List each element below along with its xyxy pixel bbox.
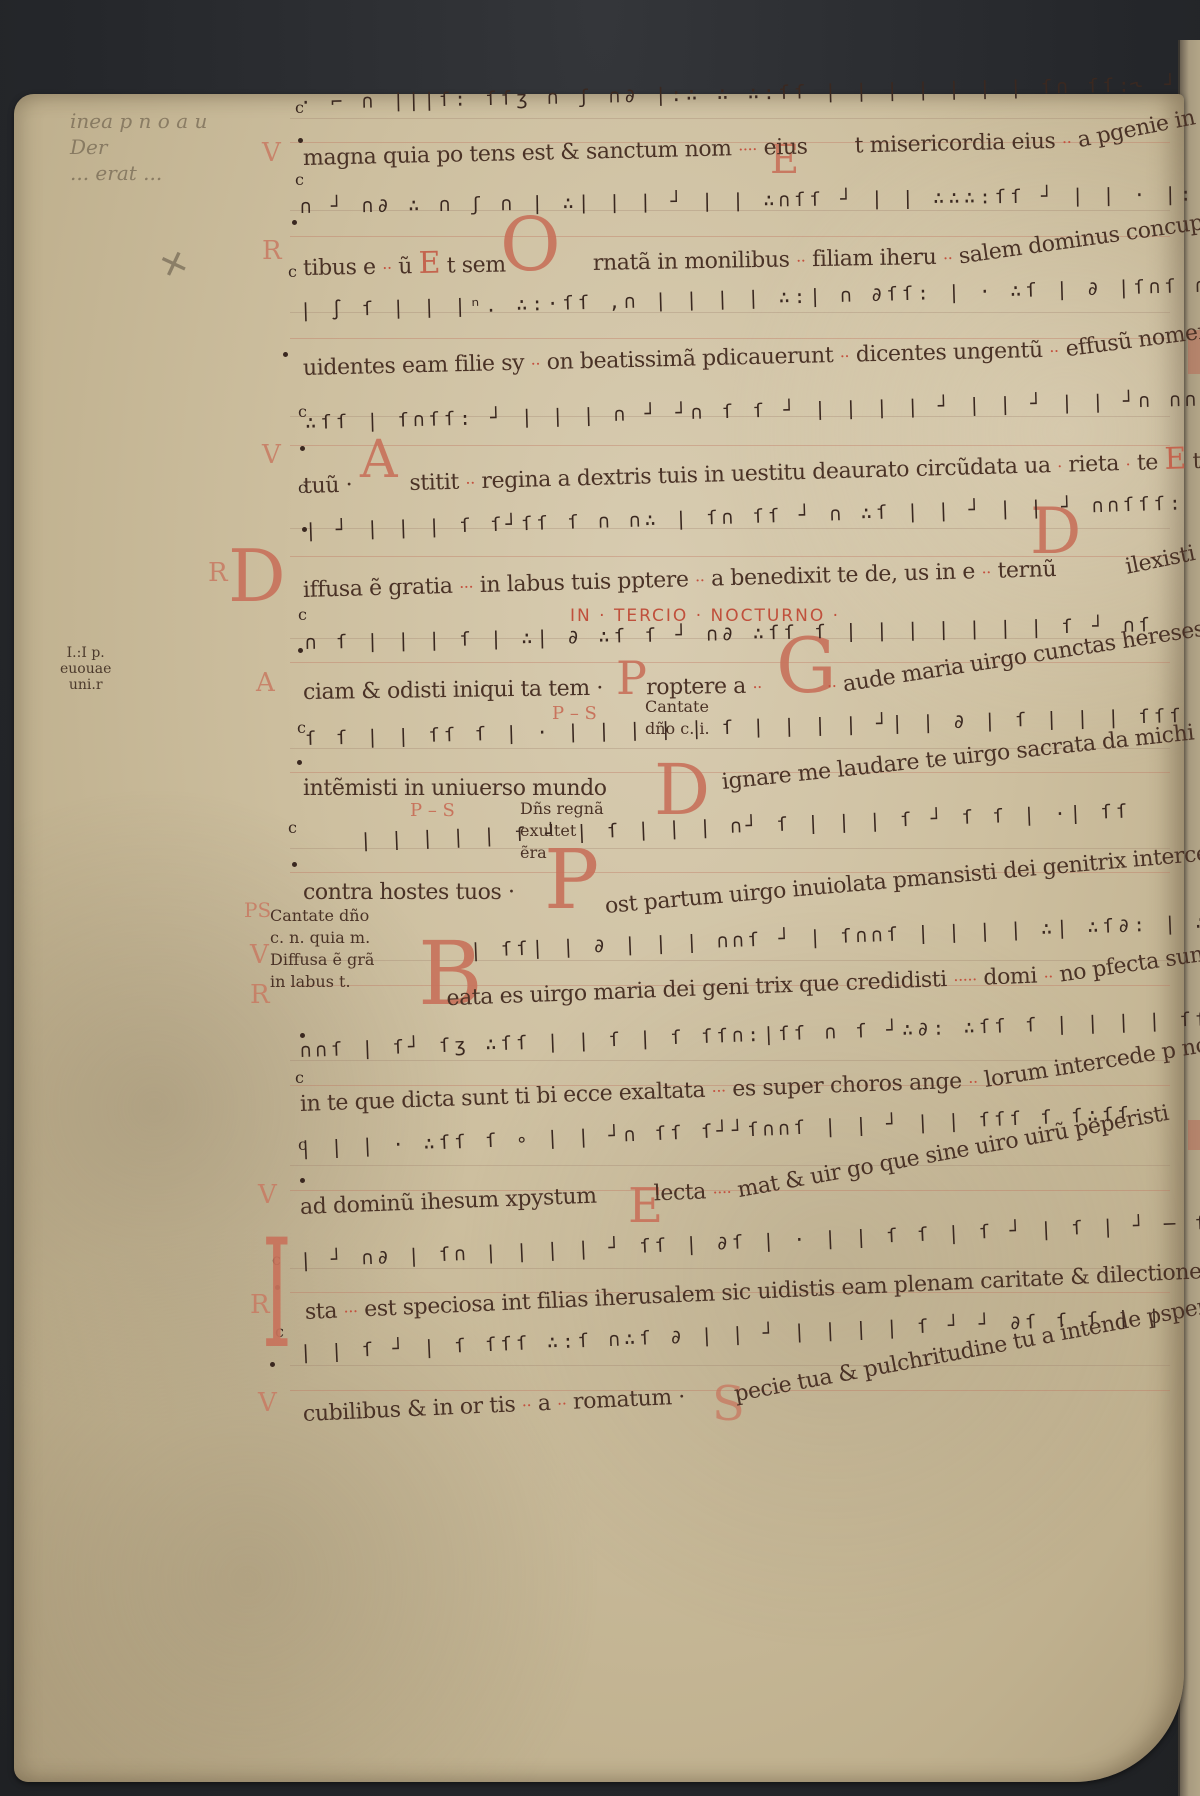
separator: ·· <box>968 1072 978 1091</box>
clef-c: c <box>295 170 304 189</box>
initial-E: E <box>1164 441 1186 477</box>
scribble-line: ... erat ... <box>70 160 270 186</box>
antiphon-marker: A <box>256 668 275 698</box>
text-segment: ternũ <box>997 557 1056 584</box>
text-segment: t sem <box>446 252 505 278</box>
text-segment: rnatã in monilibus <box>593 248 790 276</box>
cue-line: Cantate dño <box>270 905 374 927</box>
separator: · <box>1057 457 1062 476</box>
note-tone: uni.r <box>60 677 111 693</box>
cue-line: in labus t. <box>270 971 374 993</box>
clef-c: c <box>295 1068 304 1087</box>
separator: ·· <box>1049 342 1059 361</box>
separator: ·· <box>981 563 991 582</box>
separator: ···· <box>712 1182 731 1202</box>
text-segment: eius <box>763 135 807 161</box>
scribble-line: inea p n o a u <box>70 108 270 134</box>
clef-c: c <box>298 605 307 624</box>
staff-dot <box>283 352 288 357</box>
versicle-marker: V <box>258 1180 277 1210</box>
initial-E: E <box>418 246 440 281</box>
adjacent-red-initial <box>1188 1120 1200 1150</box>
separator: ·· <box>557 1394 567 1413</box>
text-segment: romatum · <box>573 1385 686 1415</box>
text-segment: iffusa ẽ gratia <box>303 574 453 603</box>
staff-ruling <box>290 1365 1170 1366</box>
text-segment: te <box>1137 450 1159 476</box>
clef-c: c <box>288 262 297 281</box>
separator: ··· <box>343 1302 358 1322</box>
separator: ·· <box>752 678 762 697</box>
text-segment: dicentes ungentũ <box>855 338 1043 368</box>
responsory-marker: R <box>262 236 282 266</box>
staff-dot <box>292 220 297 225</box>
text-segment: t uidit <box>1192 447 1200 474</box>
psalm-label: P – S <box>410 800 455 821</box>
staff-dot <box>300 446 305 451</box>
chant-text-line: contra hostes tuos · <box>303 880 515 905</box>
separator: ··· <box>459 577 474 596</box>
text-segment: tibus e <box>303 255 376 281</box>
separator: ··· <box>711 1081 726 1100</box>
text-segment: sta <box>304 1299 337 1325</box>
text-segment: lecta <box>653 1179 706 1206</box>
responsory-marker: R <box>208 558 228 588</box>
scribble-line: Der <box>70 134 270 160</box>
margin-cue-cantate: Cantate dño c. n. quia m. Diffusa ẽ grã … <box>270 905 374 993</box>
versicle-marker: V <box>262 138 281 168</box>
initial-I: I <box>262 1220 292 1370</box>
separator: ·· <box>840 347 850 366</box>
psalm-marker: PS <box>244 898 271 922</box>
separator: ·· <box>531 354 541 373</box>
separator: · <box>1125 455 1130 474</box>
separator: ·· <box>827 677 837 696</box>
separator: ·· <box>943 249 953 268</box>
note-neumes: I.:I p. <box>60 645 111 661</box>
text-segment: contra hostes tuos · <box>303 880 515 905</box>
cue-line: c. n. quia m. <box>270 927 374 949</box>
text-segment: roptere a <box>646 674 746 700</box>
staff-dot <box>298 138 303 143</box>
separator: ·· <box>695 571 705 590</box>
text-segment: stitit <box>409 470 459 496</box>
text-segment: ũ <box>398 254 412 279</box>
text-segment: t misericordia eius <box>854 129 1055 159</box>
text-segment: ciam & odisti iniqui ta tem · <box>303 676 603 705</box>
text-segment: intẽmisti in uniuerso mundo <box>303 776 607 801</box>
separator: ·· <box>1062 133 1072 152</box>
staff-dot <box>300 1033 305 1038</box>
staff-dot <box>300 1178 305 1183</box>
text-segment: a <box>537 1391 551 1417</box>
initial-D: D <box>654 755 710 825</box>
text-segment: tuũ · <box>303 473 353 499</box>
clef-c: c <box>288 818 297 837</box>
versicle-marker: V <box>262 440 281 470</box>
margin-scribble: inea p n o a u Der ... erat ... <box>70 108 270 186</box>
staff-dot <box>297 760 302 765</box>
cue-line: Diffusa ẽ grã <box>270 949 374 971</box>
text-segment: rieta <box>1068 451 1119 477</box>
staff-dot <box>292 862 297 867</box>
versicle-marker: V <box>258 1388 277 1418</box>
separator: ·· <box>1043 967 1053 986</box>
separator: ·· <box>465 473 475 492</box>
versicle-marker: V <box>250 940 269 970</box>
separator: ····· <box>953 970 977 990</box>
text-segment: filiam iheru <box>812 245 937 272</box>
responsory-marker: R <box>250 980 270 1010</box>
separator: ·· <box>382 258 392 277</box>
text-segment: domi <box>983 964 1038 991</box>
cue-line: Dñs regnã <box>520 798 604 820</box>
margin-differentia-note: I.:I p. euouae uni.r <box>60 645 111 693</box>
separator: ·· <box>796 251 806 270</box>
separator: ·· <box>521 1396 531 1415</box>
initial-D: D <box>228 540 286 612</box>
separator: ···· <box>738 140 757 159</box>
staff-dot <box>298 648 303 653</box>
chant-text-line: intẽmisti in uniuerso mundo <box>303 776 607 801</box>
staff-ruling <box>290 118 1170 119</box>
note-euouae: euouae <box>60 661 111 677</box>
